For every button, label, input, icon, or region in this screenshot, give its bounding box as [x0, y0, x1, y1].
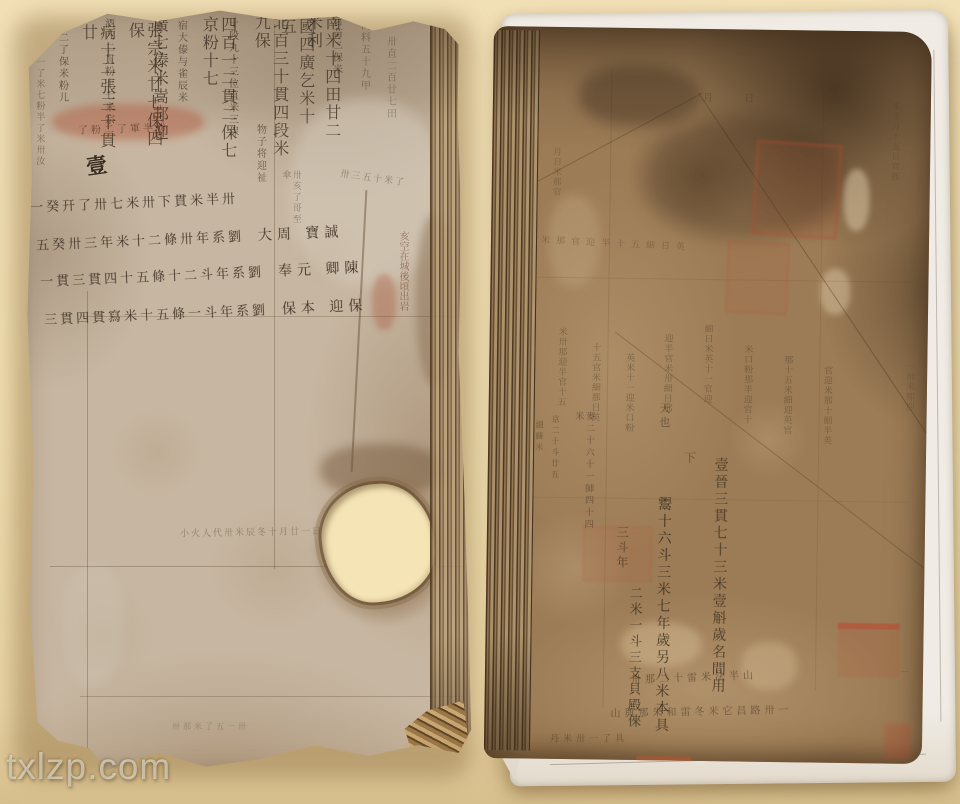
- faint-ink-column: 英米十一迎米口粉: [621, 353, 633, 503]
- ink-column: 京二十斗廿五: [549, 415, 560, 503]
- ink-column: 了一了米七粉半了米卅汝: [34, 46, 44, 298]
- large-ink-character: 壹: [84, 149, 109, 182]
- ink-column: 宿大傣与雀辰米: [175, 20, 187, 160]
- ink-column: 官苗二保米: [330, 16, 342, 126]
- faint-ink-column: 官迎米那十細半英: [819, 366, 831, 506]
- faint-ink-column: 那十五米細迎英官: [779, 355, 791, 505]
- faint-ink-column: 月日米那官: [549, 147, 560, 257]
- ink-character: 下: [684, 451, 699, 466]
- worn-light-patch: [820, 269, 851, 315]
- ink-column: 天也: [657, 402, 671, 464]
- cursive-tail: 保本 迎保: [282, 298, 368, 318]
- ink-column: 卅直二百廿七田: [384, 36, 396, 186]
- worn-patch: [62, 564, 124, 686]
- ink-column: 同料五十九甲: [358, 20, 370, 120]
- ink-column: 細蘇米: [534, 421, 544, 483]
- right-page-surface: 月 日 米那官迎半十五細日英 米卅那迎半官十五 十五官米細那日英 英米十一迎米口…: [484, 26, 932, 764]
- seal-stamp: [751, 139, 843, 239]
- cursive-line: 丹米卅一了具: [550, 731, 628, 744]
- dark-stain: [579, 65, 700, 127]
- red-ink-smudge: [372, 274, 396, 330]
- margin-rule-line: [87, 291, 88, 751]
- faint-text-line: 卅那米了五一卅: [172, 722, 249, 731]
- faint-date-marks: 月 日: [703, 89, 768, 105]
- crease-line: [80, 696, 464, 697]
- ink-column: 酒儿二貫粉十七米宗: [102, 18, 114, 168]
- faint-ink-column: 一: [898, 668, 910, 728]
- left-page-surface: 了一了米七粉半了米卅汝 官二了保米粉儿 病十二張三十貫廿 酒儿二貫粉十七米宗 張…: [22, 6, 472, 776]
- ink-column: 官二了保米粉儿: [56, 20, 68, 150]
- faint-ink-column: 一卅米那迎: [901, 362, 913, 512]
- ink-column: 廣七傣米嵩邦迎: [150, 16, 168, 166]
- ink-column: 卅亥了哥至傘: [280, 170, 301, 228]
- site-watermark: txlzp.com: [6, 746, 171, 788]
- photo-scene: 了一了米七粉半了米卅汝 官二了保米粉儿 病十二張三十貫廿 酒儿二貫粉十七米宗 張…: [0, 0, 960, 804]
- cursive-tail: 奉元 卿陳: [278, 260, 364, 280]
- spine-annotation: 亥空在城後頃出岩: [395, 231, 410, 393]
- paper-fold-line: [933, 50, 941, 722]
- ink-column: 十段九十三位直米三保: [226, 18, 238, 168]
- ink-column: 麥二十六十一師四十四米: [571, 411, 594, 537]
- seal-stamp: [837, 623, 900, 678]
- seal-stamp: [884, 724, 911, 760]
- red-annotation: 了粉二了軍半粉: [78, 118, 169, 136]
- left-manuscript-page: 了一了米七粉半了米卅汝 官二了保米粉儿 病十二張三十貫廿 酒儿二貫粉十七米宗 張…: [22, 6, 472, 776]
- cursive-tail: 大周 寶誠: [258, 224, 344, 244]
- right-manuscript-page: 月 日 米那官迎半十五細日英 米卅那迎半官十五 十五官米細那日英 英米十一迎米口…: [492, 12, 952, 790]
- ink-column: 物子将迎祉: [254, 124, 266, 188]
- worn-light-patch: [843, 169, 870, 231]
- fore-edge-page-stack: [430, 16, 472, 772]
